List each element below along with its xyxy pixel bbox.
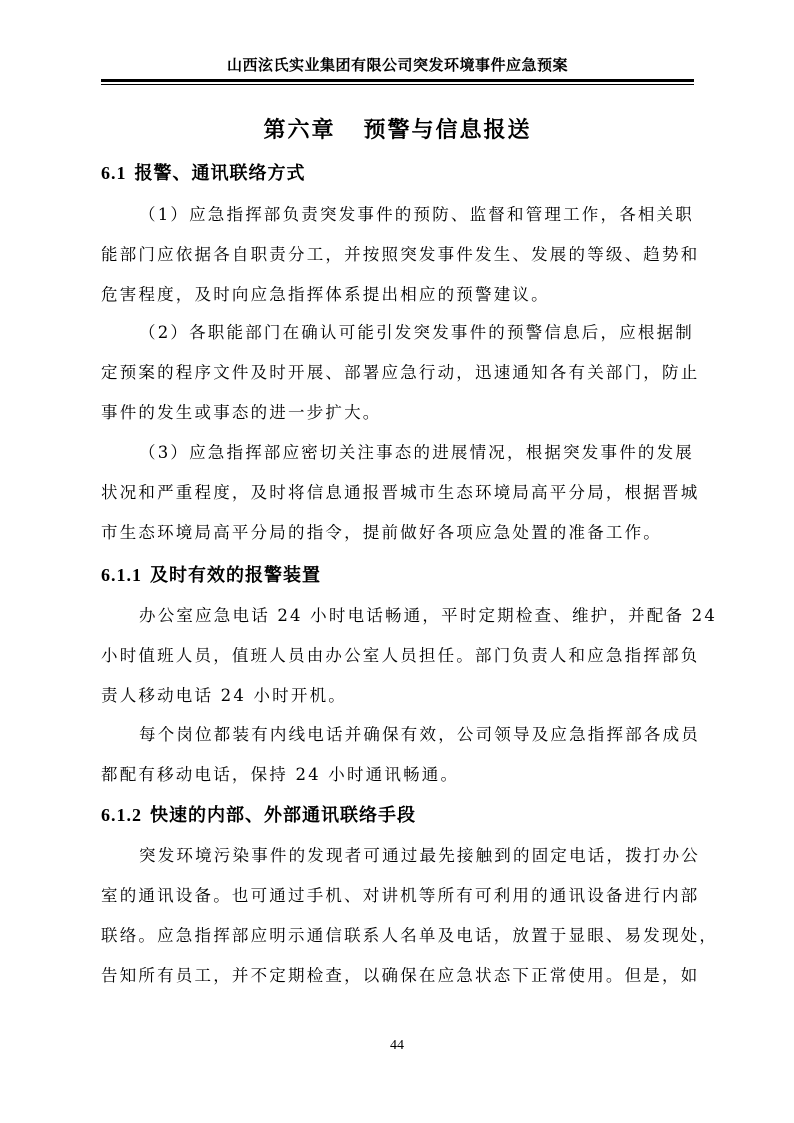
text-line: 告知所有员工，并不定期检查，以确保在应急状态下正常使用。但是，如 bbox=[101, 956, 694, 996]
text-line: 室的通讯设备。也可通过手机、对讲机等所有可利用的通讯设备进行内部 bbox=[101, 876, 694, 916]
text-line: 突发环境污染事件的发现者可通过最先接触到的固定电话，拨打办公 bbox=[101, 836, 694, 876]
text-line: 事件的发生或事态的进一步扩大。 bbox=[101, 393, 694, 433]
text-line: （2）各职能部门在确认可能引发突发事件的预警信息后，应根据制 bbox=[101, 313, 694, 353]
paragraph-6-1-1-internal-phone: 每个岗位都装有内线电话并确保有效，公司领导及应急指挥部各成员 都配有移动电话，保… bbox=[101, 715, 694, 795]
section-heading-6-1: 6.1报警、通讯联络方式 bbox=[101, 160, 306, 187]
text-line: 市生态环境局高平分局的指令，提前做好各项应急处置的准备工作。 bbox=[101, 513, 694, 553]
paragraph-6-1-1-alarm-phone: 办公室应急电话 24 小时电话畅通，平时定期检查、维护，并配备 24 小时值班人… bbox=[101, 596, 694, 716]
page-number: 44 bbox=[0, 1038, 794, 1054]
text-line: 危害程度，及时向应急指挥体系提出相应的预警建议。 bbox=[101, 275, 694, 315]
text-line: （3）应急指挥部应密切关注事态的进展情况，根据突发事件的发展 bbox=[101, 433, 694, 473]
paragraph-6-1-item-3: （3）应急指挥部应密切关注事态的进展情况，根据突发事件的发展 状况和严重程度，及… bbox=[101, 433, 694, 553]
running-header: 山西泫氏实业集团有限公司突发环境事件应急预案 bbox=[101, 55, 694, 75]
text-line: 联络。应急指挥部应明示通信联系人名单及电话，放置于显眼、易发现处， bbox=[101, 916, 694, 956]
chapter-number: 第六章 bbox=[263, 118, 335, 143]
header-rule-thick bbox=[101, 79, 694, 82]
section-heading-6-1-1: 6.1.1及时有效的报警装置 bbox=[101, 562, 321, 589]
text-line: 能部门应依据各自职责分工，并按照突发事件发生、发展的等级、趋势和 bbox=[101, 235, 694, 275]
header-rule-thin bbox=[101, 84, 694, 85]
text-line: 状况和严重程度，及时将信息通报晋城市生态环境局高平分局，根据晋城 bbox=[101, 473, 694, 513]
paragraph-6-1-item-1: （1）应急指挥部负责突发事件的预防、监督和管理工作，各相关职 能部门应依据各自职… bbox=[101, 195, 694, 315]
chapter-name: 预警与信息报送 bbox=[364, 118, 532, 143]
section-title: 快速的内部、外部通讯联络手段 bbox=[150, 805, 416, 826]
text-line: （1）应急指挥部负责突发事件的预防、监督和管理工作，各相关职 bbox=[101, 195, 694, 235]
section-heading-6-1-2: 6.1.2快速的内部、外部通讯联络手段 bbox=[101, 802, 416, 829]
section-number: 6.1 bbox=[101, 163, 127, 183]
section-title: 及时有效的报警装置 bbox=[150, 565, 321, 586]
section-number: 6.1.1 bbox=[101, 565, 142, 585]
text-line: 责人移动电话 24 小时开机。 bbox=[101, 676, 694, 716]
paragraph-6-1-item-2: （2）各职能部门在确认可能引发突发事件的预警信息后，应根据制 定预案的程序文件及… bbox=[101, 313, 694, 433]
text-line: 小时值班人员，值班人员由办公室人员担任。部门负责人和应急指挥部负 bbox=[101, 636, 694, 676]
section-number: 6.1.2 bbox=[101, 805, 142, 825]
text-line: 定预案的程序文件及时开展、部署应急行动，迅速通知各有关部门，防止 bbox=[101, 353, 694, 393]
chapter-title: 第六章预警与信息报送 bbox=[101, 116, 694, 146]
text-line: 每个岗位都装有内线电话并确保有效，公司领导及应急指挥部各成员 bbox=[101, 715, 694, 755]
text-line: 办公室应急电话 24 小时电话畅通，平时定期检查、维护，并配备 24 bbox=[101, 596, 694, 636]
text-line: 都配有移动电话，保持 24 小时通讯畅通。 bbox=[101, 755, 694, 795]
section-title: 报警、通讯联络方式 bbox=[135, 163, 306, 184]
paragraph-6-1-2-communication: 突发环境污染事件的发现者可通过最先接触到的固定电话，拨打办公 室的通讯设备。也可… bbox=[101, 836, 694, 996]
